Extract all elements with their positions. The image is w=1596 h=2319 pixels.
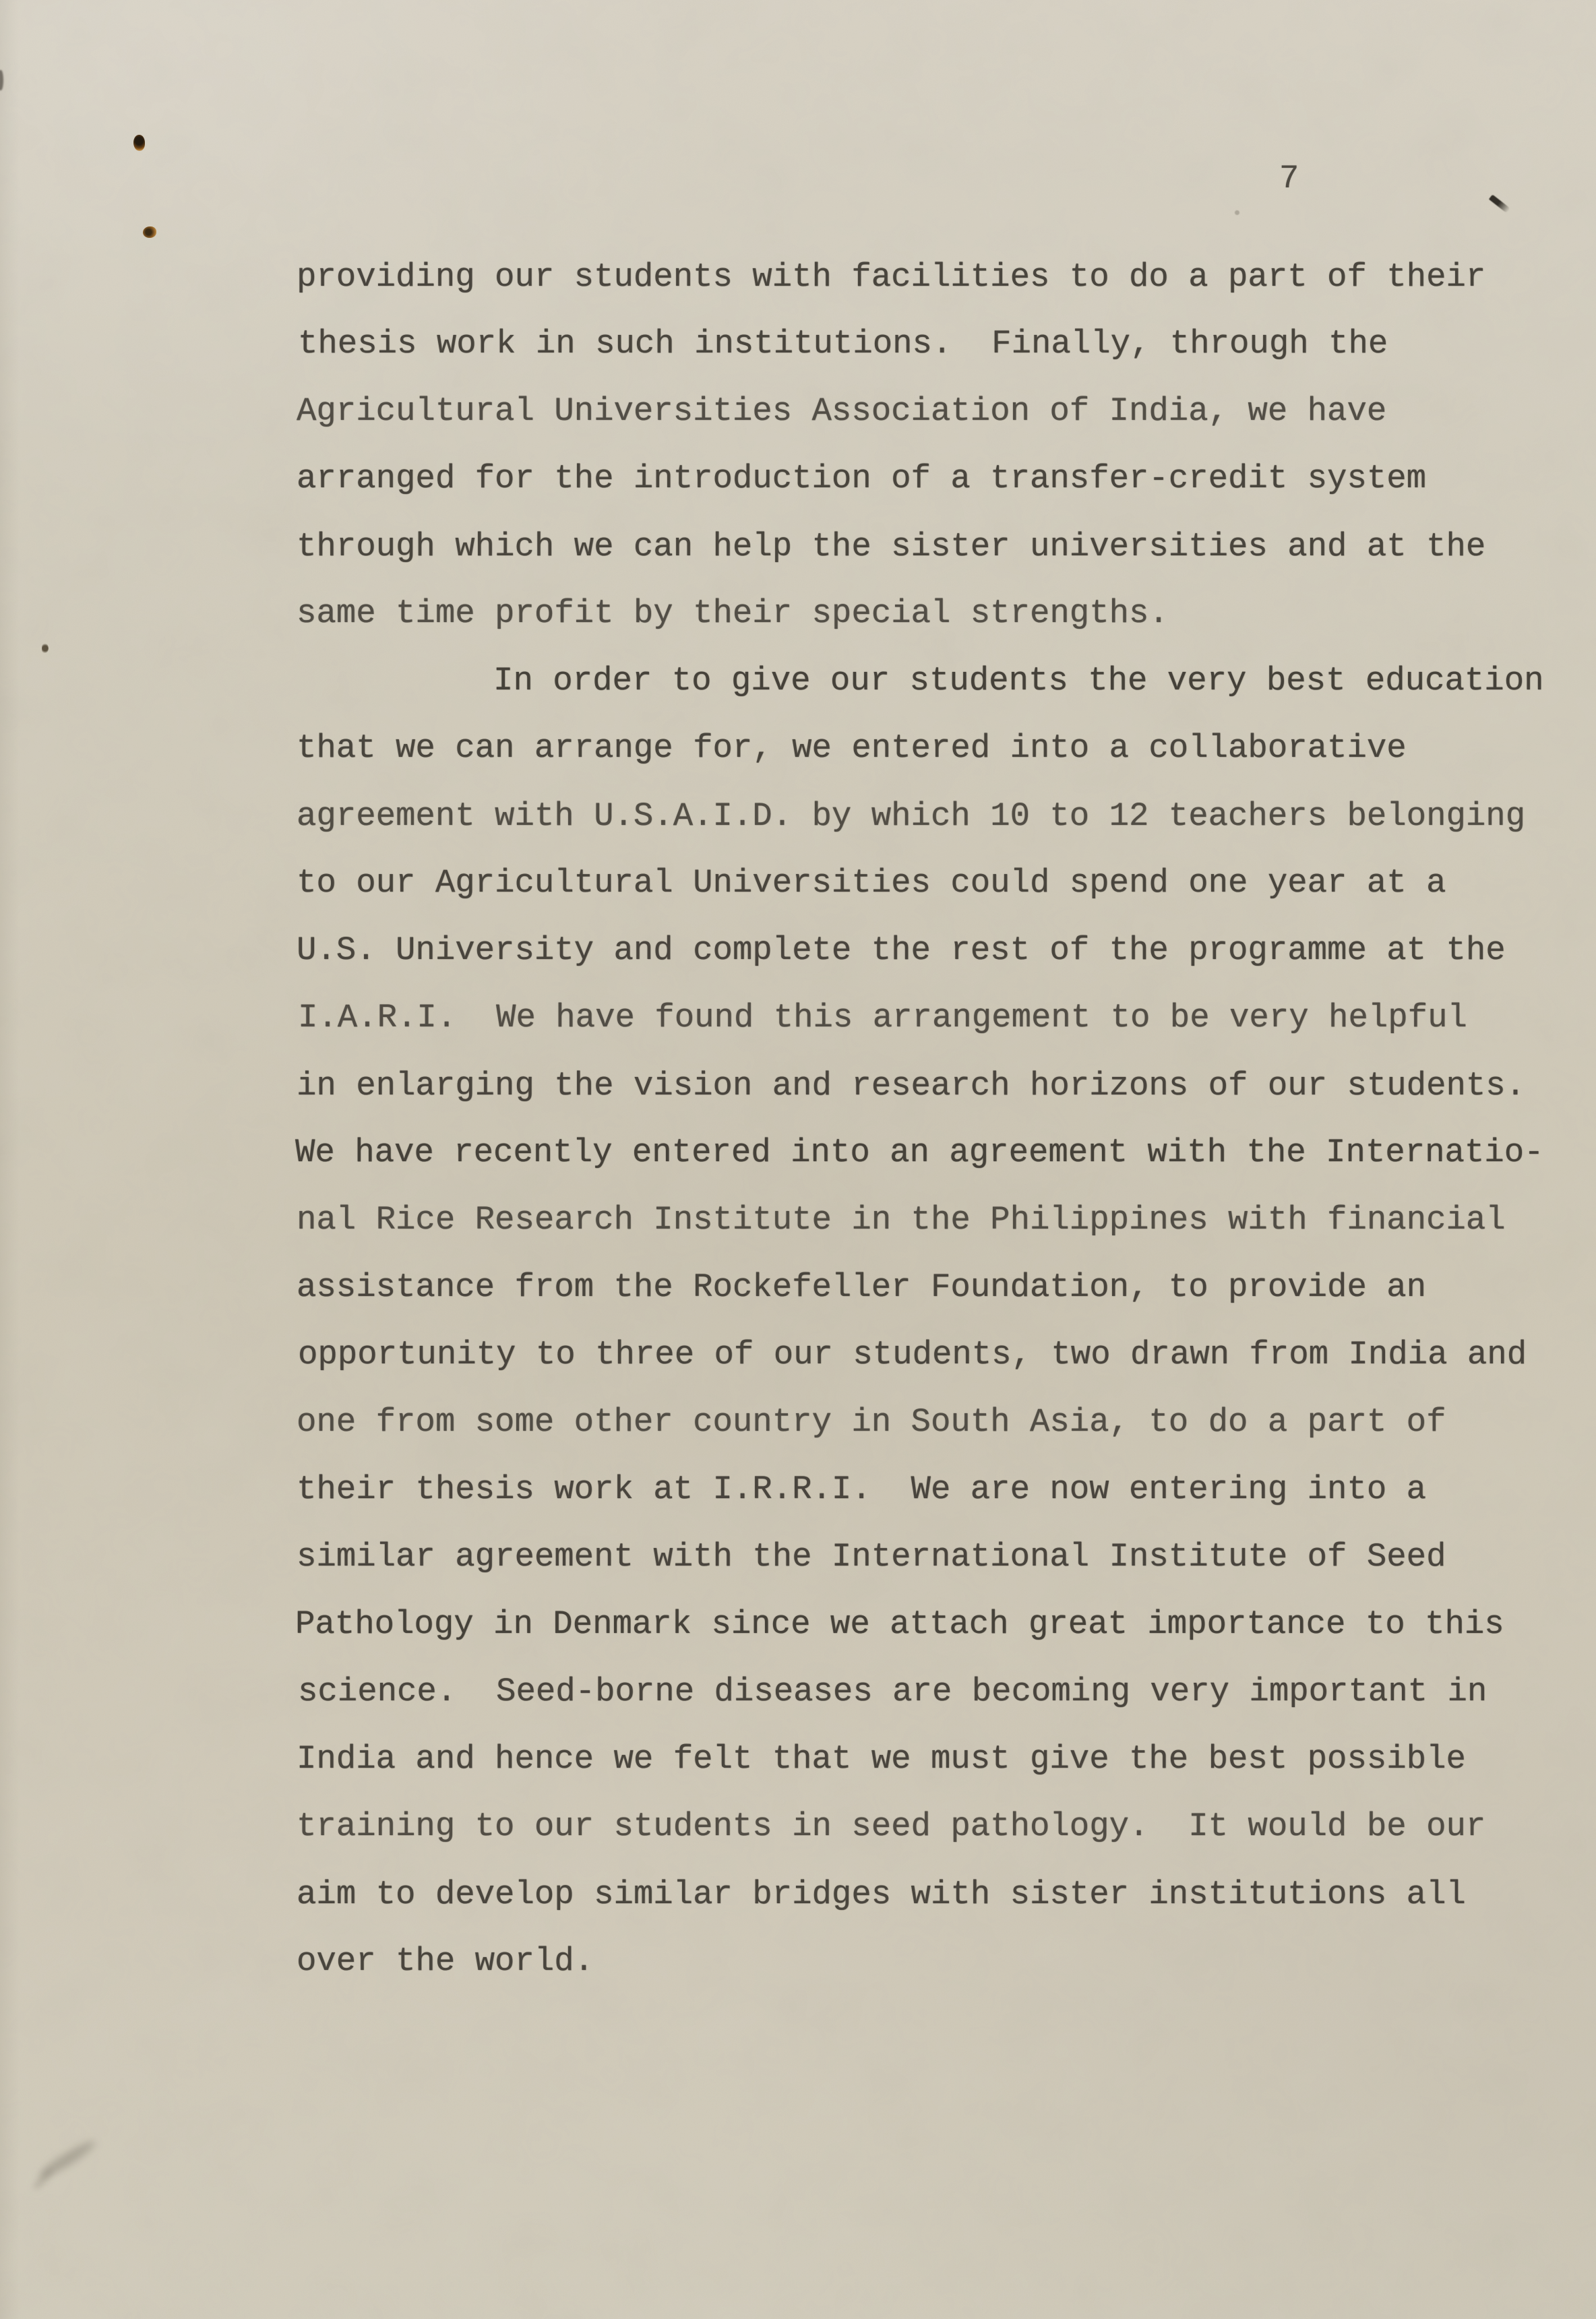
typed-line: assistance from the Rockefeller Foundati… bbox=[297, 1254, 1550, 1321]
typed-line: providing our students with facilities t… bbox=[297, 243, 1550, 311]
smudge-bottom-left bbox=[37, 2138, 98, 2181]
typed-line: We have recently entered into an agreeme… bbox=[295, 1119, 1549, 1186]
typed-line: Pathology in Denmark since we attach gre… bbox=[295, 1590, 1549, 1658]
typed-line: U.S. University and complete the rest of… bbox=[297, 917, 1550, 984]
typed-line: through which we can help the sister uni… bbox=[297, 513, 1550, 580]
rust-spot-top-left bbox=[133, 135, 145, 151]
typed-line: India and hence we felt that we must giv… bbox=[297, 1725, 1550, 1793]
typed-line: to our Agricultural Universities could s… bbox=[297, 849, 1550, 917]
typed-line: opportunity to three of our students, tw… bbox=[298, 1321, 1552, 1388]
pen-tick-mark-top-right bbox=[1489, 194, 1510, 213]
typed-line: same time profit by their special streng… bbox=[297, 580, 1550, 647]
faint-dot-top-right bbox=[1235, 210, 1239, 215]
typed-line: in enlarging the vision and research hor… bbox=[297, 1052, 1550, 1119]
left-edge-sliver-mark bbox=[0, 70, 3, 90]
typed-line-paragraph-indent: In order to give our students the very b… bbox=[295, 647, 1549, 714]
scanned-document-page: 7 providing our students with facilities… bbox=[0, 0, 1596, 2319]
typed-text-block: providing our students with facilities t… bbox=[297, 243, 1550, 1995]
typed-line: their thesis work at I.R.R.I. We are now… bbox=[297, 1456, 1550, 1523]
typed-line: Agricultural Universities Association of… bbox=[297, 377, 1550, 445]
typed-line: nal Rice Research Institute in the Phili… bbox=[297, 1186, 1550, 1254]
typed-line: agreement with U.S.A.I.D. by which 10 to… bbox=[297, 782, 1550, 850]
typed-line: that we can arrange for, we entered into… bbox=[297, 714, 1550, 782]
typed-line: over the world. bbox=[297, 1927, 1550, 1995]
rust-spot-top-left-lower bbox=[143, 226, 156, 238]
smudge-bottom-left-tail bbox=[32, 2167, 55, 2191]
typed-line: similar agreement with the International… bbox=[297, 1523, 1550, 1590]
typed-line: I.A.R.I. We have found this arrangement … bbox=[298, 984, 1552, 1051]
typed-line: one from some other country in South Asi… bbox=[297, 1388, 1550, 1456]
typewritten-page: { "document": { "page_number": "7", "col… bbox=[0, 0, 1596, 2319]
typed-line: thesis work in such institutions. Finall… bbox=[298, 310, 1552, 377]
dust-speck-left-margin bbox=[42, 644, 49, 653]
typed-line: training to our students in seed patholo… bbox=[297, 1793, 1550, 1860]
typed-line: aim to develop similar bridges with sist… bbox=[297, 1861, 1550, 1928]
typed-line: science. Seed-borne diseases are becomin… bbox=[298, 1658, 1552, 1725]
page-number: 7 bbox=[1279, 145, 1299, 212]
typed-line: arranged for the introduction of a trans… bbox=[297, 445, 1550, 512]
